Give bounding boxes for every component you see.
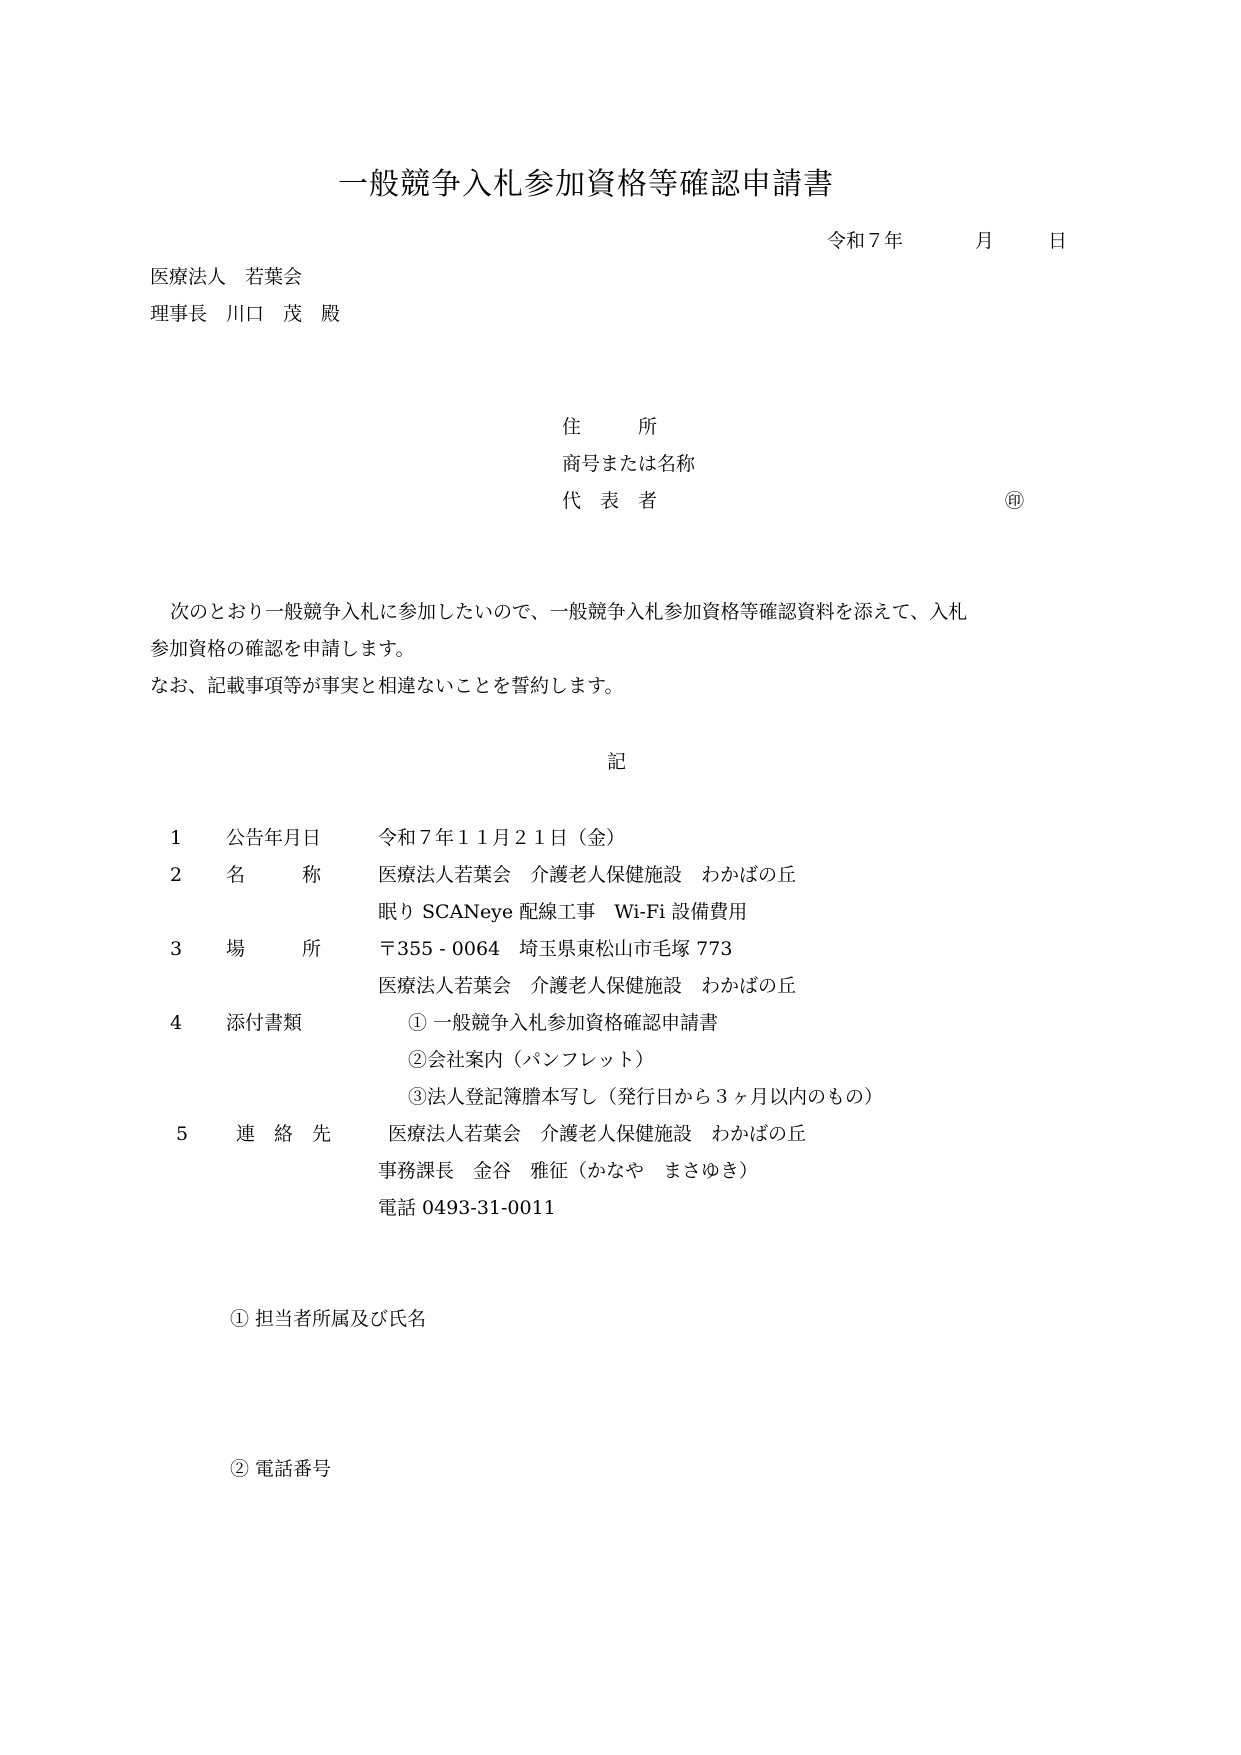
item-number: 2 [170,866,182,885]
item-label: 場 所 [226,940,321,959]
body-line-3: なお、記載事項等が事実と相違ないことを誓約します。 [150,677,623,696]
item-label: 公告年月日 [226,829,321,848]
item-number: 3 [170,940,182,959]
item-number: 5 [176,1125,188,1144]
date-month: 月 [975,232,994,251]
address-label: 住 所 [562,418,657,437]
item-value: 医療法人若葉会 介護老人保健施設 わかばの丘 [378,866,796,885]
addressee-person: 理事長 川口 茂 殿 [150,305,340,324]
item-number: 1 [170,829,182,848]
ki-heading: 記 [607,753,626,772]
item-value: 眠り SCANeye 配線工事 Wi-Fi 設備費用 [378,903,747,922]
item-value: 事務課長 金谷 雅征（かなや まさゆき） [378,1162,758,1181]
item-label: 名 称 [226,866,321,885]
addressee-org: 医療法人 若葉会 [150,268,302,287]
item-value: ③法人登記簿謄本写し（発行日から３ヶ月以内のもの） [408,1088,883,1107]
company-name-label: 商号または名称 [562,455,695,474]
phone-field-label: ② 電話番号 [230,1460,331,1479]
item-value: 電話 0493-31-0011 [378,1199,556,1218]
document-title: 一般競争入札参加資格等確認申請書 [338,170,834,200]
item-label: 添付書類 [226,1014,302,1033]
item-value: 医療法人若葉会 介護老人保健施設 わかばの丘 [388,1125,806,1144]
item-value: ① 一般競争入札参加資格確認申請書 [408,1014,718,1033]
date-day: 日 [1048,232,1067,251]
contact-person-field-label: ① 担当者所属及び氏名 [230,1310,426,1329]
item-value: 令和７年１１月２１日（金） [378,829,625,848]
item-number: 4 [170,1014,182,1033]
item-label: 連 絡 先 [236,1125,331,1144]
item-value: 医療法人若葉会 介護老人保健施設 わかばの丘 [378,977,796,996]
date-year: 令和７年 [827,232,903,251]
seal-mark: ㊞ [1005,492,1024,511]
body-line-1: 次のとおり一般競争入札に参加したいので、一般競争入札参加資格等確認資料を添えて、… [170,603,967,622]
body-line-2: 参加資格の確認を申請します。 [150,640,414,659]
item-value: ②会社案内（パンフレット） [408,1051,654,1070]
representative-label: 代 表 者 [562,492,657,511]
item-value: 〒355 - 0064 埼玉県東松山市毛塚 773 [378,940,732,959]
